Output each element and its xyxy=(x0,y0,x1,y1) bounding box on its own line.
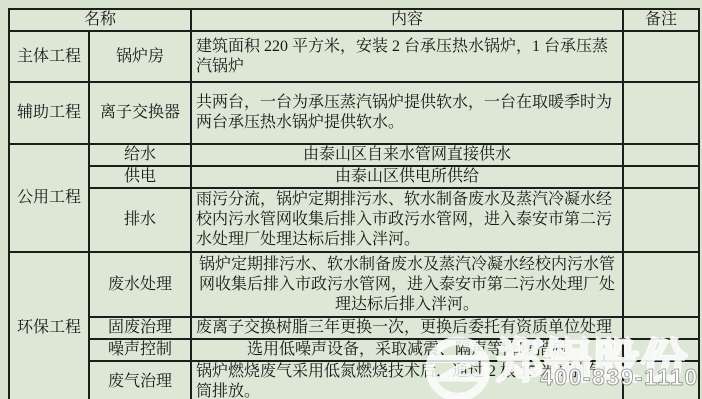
remark-cell xyxy=(623,188,699,252)
table-row-auxiliary-project: 辅助工程 离子交换器 共两台，一台为承压蒸汽锅炉提供软水，一台在取暖季时为两台承… xyxy=(9,82,699,144)
group-label-environment: 环保工程 xyxy=(9,252,89,399)
item-label: 给水 xyxy=(89,144,191,166)
remark-cell xyxy=(623,339,699,361)
remark-cell xyxy=(623,166,699,188)
document-page: 名称 内容 备注 主体工程 锅炉房 建筑面积 220 平方米，安装 2 台承压热… xyxy=(8,8,700,399)
remark-cell xyxy=(623,82,699,144)
header-remark: 备注 xyxy=(623,9,699,31)
remark-cell xyxy=(623,317,699,339)
content-text: 由泰山区供电所供给 xyxy=(191,166,623,188)
table-row-drainage: 排水 雨污分流，锅炉定期排污水、软水制备废水及蒸汽冷凝水经校内污水管网收集后排入… xyxy=(9,188,699,252)
remark-cell xyxy=(623,252,699,317)
content-text: 雨污分流，锅炉定期排污水、软水制备废水及蒸汽冷凝水经校内污水管网收集后排入市政污… xyxy=(191,188,623,252)
item-label: 排水 xyxy=(89,188,191,252)
group-label-utility: 公用工程 xyxy=(9,144,89,252)
item-label: 固废治理 xyxy=(89,317,191,339)
table-row-main-project: 主体工程 锅炉房 建筑面积 220 平方米，安装 2 台承压热水锅炉，1 台承压… xyxy=(9,31,699,82)
table-header-row: 名称 内容 备注 xyxy=(9,9,699,31)
item-label: 锅炉房 xyxy=(89,31,191,82)
item-label: 供电 xyxy=(89,166,191,188)
content-text: 锅炉燃烧废气采用低氮燃烧技术后，通过 2 根 15 米高排气筒排放。 xyxy=(191,361,623,399)
group-label: 主体工程 xyxy=(9,31,89,82)
content-text: 锅炉定期排污水、软水制备废水及蒸汽冷凝水经校内污水管网收集后排入市政污水管网，进… xyxy=(191,252,623,317)
header-content: 内容 xyxy=(191,9,623,31)
header-name: 名称 xyxy=(9,9,191,31)
item-label: 噪声控制 xyxy=(89,339,191,361)
content-text: 建筑面积 220 平方米，安装 2 台承压热水锅炉，1 台承压蒸汽锅炉 xyxy=(191,31,623,82)
item-label: 离子交换器 xyxy=(89,82,191,144)
item-label: 废气治理 xyxy=(89,361,191,399)
table-row-wastewater: 环保工程 废水处理 锅炉定期排污水、软水制备废水及蒸汽冷凝水经校内污水管网收集后… xyxy=(9,252,699,317)
remark-cell xyxy=(623,361,699,399)
table-row-power-supply: 供电 由泰山区供电所供给 xyxy=(9,166,699,188)
remark-cell xyxy=(623,144,699,166)
content-text: 由泰山区自来水管网直接供水 xyxy=(191,144,623,166)
content-text: 选用低噪声设备，采取减震、隔声等降噪措施 xyxy=(191,339,623,361)
item-label: 废水处理 xyxy=(89,252,191,317)
project-composition-table: 名称 内容 备注 主体工程 锅炉房 建筑面积 220 平方米，安装 2 台承压热… xyxy=(8,8,700,399)
table-row-water-supply: 公用工程 给水 由泰山区自来水管网直接供水 xyxy=(9,144,699,166)
table-row-solid-waste: 固废治理 废离子交换树脂三年更换一次，更换后委托有资质单位处理 xyxy=(9,317,699,339)
table-row-noise-control: 噪声控制 选用低噪声设备，采取减震、隔声等降噪措施 xyxy=(9,339,699,361)
content-text: 共两台，一台为承压蒸汽锅炉提供软水，一台在取暖季时为两台承压热水锅炉提供软水。 xyxy=(191,82,623,144)
group-label: 辅助工程 xyxy=(9,82,89,144)
table-row-exhaust-gas: 废气治理 锅炉燃烧废气采用低氮燃烧技术后，通过 2 根 15 米高排气筒排放。 xyxy=(9,361,699,399)
content-text: 废离子交换树脂三年更换一次，更换后委托有资质单位处理 xyxy=(191,317,623,339)
remark-cell xyxy=(623,31,699,82)
